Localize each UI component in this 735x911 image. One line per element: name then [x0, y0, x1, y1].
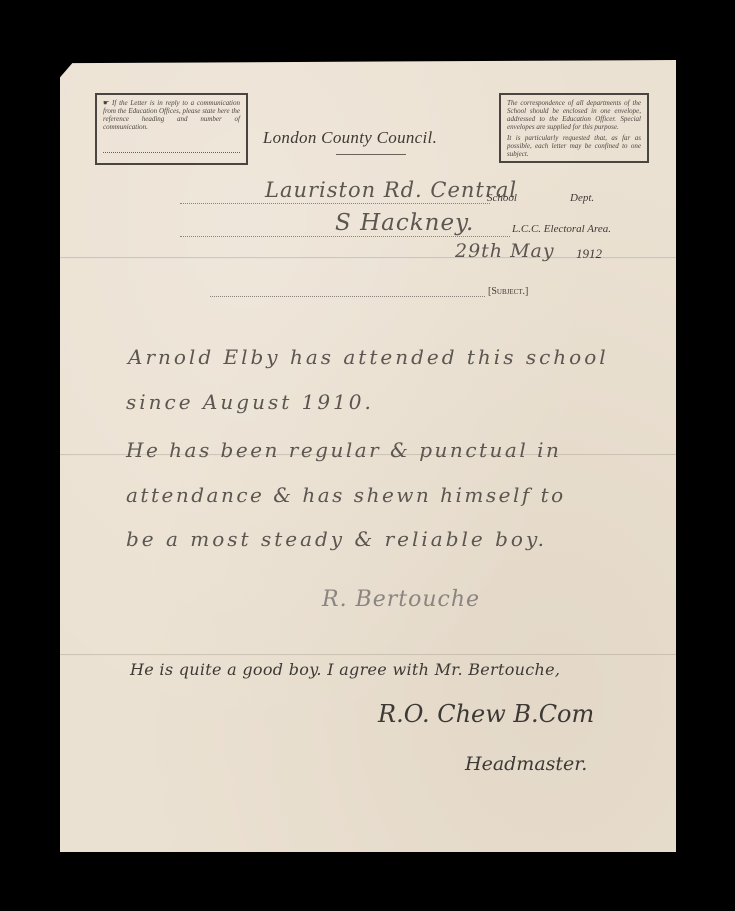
- date-handwritten: 29th May: [455, 240, 555, 262]
- body-line-5: be a most steady & reliable boy.: [126, 527, 547, 551]
- endorsement-text: He is quite a good boy. I agree with Mr.…: [130, 660, 560, 679]
- reply-reference-instructions: If the Letter is in reply to a communica…: [103, 99, 240, 131]
- body-line-2: since August 1910.: [126, 390, 374, 414]
- reply-reference-box: ☛ If the Letter is in reply to a communi…: [95, 93, 248, 165]
- area-handwritten: S Hackney.: [335, 210, 474, 236]
- notice-paragraph-1: The correspondence of all departments of…: [507, 99, 641, 131]
- body-line-1: Arnold Elby has attended this school: [128, 345, 609, 369]
- pointing-hand-icon: ☛: [103, 99, 109, 107]
- teacher-signature: R. Bertouche: [322, 587, 480, 612]
- notice-paragraph-2: It is particularly requested that, as fa…: [507, 134, 641, 158]
- date-year: 1912: [576, 246, 602, 262]
- school-label: School: [487, 192, 517, 204]
- body-line-4: attendance & has shewn himself to: [126, 483, 566, 507]
- letterhead-title: London County Council.: [255, 128, 445, 148]
- title-underline: [336, 154, 406, 155]
- dept-label: Dept.: [570, 192, 594, 204]
- headmaster-title: Headmaster.: [465, 753, 587, 775]
- letter-paper: ☛ If the Letter is in reply to a communi…: [60, 60, 676, 852]
- area-label: L.C.C. Electoral Area.: [512, 223, 611, 235]
- area-dotted-line: [180, 236, 510, 237]
- reference-dotted-line: [103, 152, 240, 153]
- headmaster-signature: R.O. Chew B.Com: [378, 700, 594, 728]
- subject-dotted-line: [210, 296, 485, 297]
- correspondence-notice-box: The correspondence of all departments of…: [499, 93, 649, 163]
- school-dotted-line: [180, 203, 490, 204]
- subject-label: [Subject.]: [488, 286, 528, 297]
- body-line-3: He has been regular & punctual in: [126, 438, 561, 462]
- fold-line: [60, 654, 676, 656]
- school-name-handwritten: Lauriston Rd. Central: [265, 178, 517, 202]
